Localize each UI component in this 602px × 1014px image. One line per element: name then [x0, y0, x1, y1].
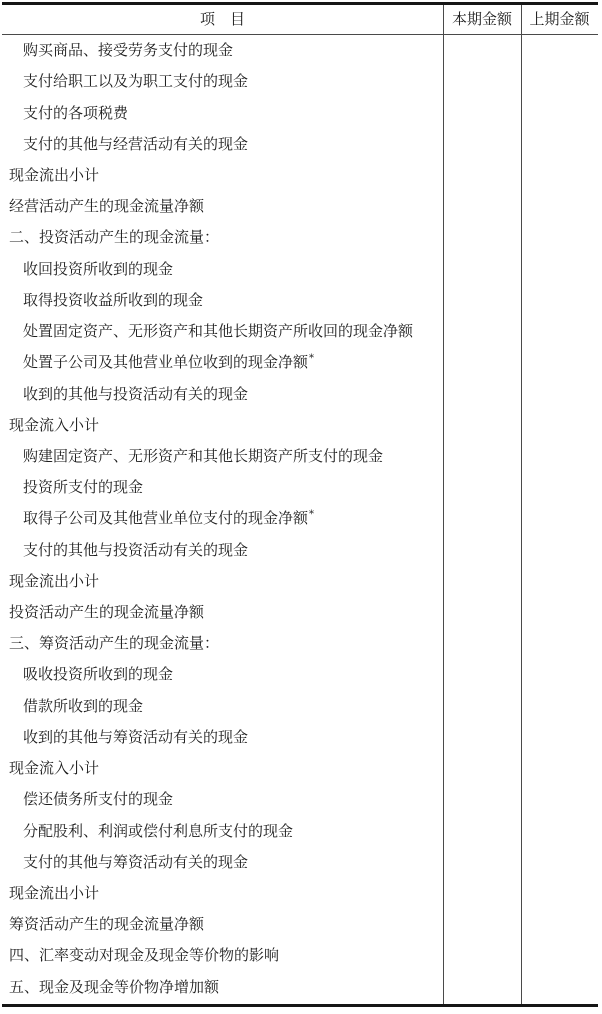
table-row: 购买商品、接受劳务支付的现金: [2, 35, 598, 66]
row-item-label: 支付的其他与投资活动有关的现金: [2, 543, 443, 558]
row-item-label: 取得投资收益所收到的现金: [2, 293, 443, 308]
row-item-label: 现金流出小计: [2, 168, 443, 183]
table-row: 借款所收到的现金: [2, 691, 598, 722]
table-row: 现金流出小计: [2, 160, 598, 191]
row-item-label: 支付的其他与筹资活动有关的现金: [2, 855, 443, 870]
table-row: 现金流出小计: [2, 878, 598, 909]
table-row: 二、投资活动产生的现金流量：: [2, 222, 598, 253]
column-header-item: 项 目: [2, 12, 443, 27]
row-item-label: 三、筹资活动产生的现金流量：: [2, 636, 443, 651]
table-header-row: 项 目 本期金额 上期金额: [2, 5, 598, 35]
row-item-label: 支付的各项税费: [2, 106, 443, 121]
table-row: 支付的各项税费: [2, 97, 598, 128]
table-row: 四、汇率变动对现金及现金等价物的影响: [2, 940, 598, 971]
table-row: 处置固定资产、无形资产和其他长期资产所收回的现金净额: [2, 316, 598, 347]
table-row: 五、现金及现金等价物净增加额: [2, 972, 598, 1003]
row-item-label: 购买商品、接受劳务支付的现金: [2, 43, 443, 58]
table-row: 投资活动产生的现金流量净额: [2, 597, 598, 628]
row-item-label: 取得子公司及其他营业单位支付的现金净额*: [2, 511, 443, 526]
footnote-asterisk: *: [309, 509, 314, 520]
table-row: 支付的其他与经营活动有关的现金: [2, 129, 598, 160]
table-row: 现金流出小计: [2, 566, 598, 597]
table-row: 现金流入小计: [2, 410, 598, 441]
row-item-label: 支付给职工以及为职工支付的现金: [2, 74, 443, 89]
row-item-label: 经营活动产生的现金流量净额: [2, 199, 443, 214]
table-row: 支付给职工以及为职工支付的现金: [2, 66, 598, 97]
table-row: 收到的其他与筹资活动有关的现金: [2, 722, 598, 753]
table-row: 现金流入小计: [2, 753, 598, 784]
row-item-label: 现金流入小计: [2, 761, 443, 776]
row-item-label: 投资所支付的现金: [2, 480, 443, 495]
row-item-label: 现金流出小计: [2, 886, 443, 901]
row-item-label: 购建固定资产、无形资产和其他长期资产所支付的现金: [2, 449, 443, 464]
row-item-label: 筹资活动产生的现金流量净额: [2, 917, 443, 932]
table-row: 三、筹资活动产生的现金流量：: [2, 628, 598, 659]
row-item-label: 四、汇率变动对现金及现金等价物的影响: [2, 948, 443, 963]
table-row: 筹资活动产生的现金流量净额: [2, 909, 598, 940]
row-item-label: 收到的其他与筹资活动有关的现金: [2, 730, 443, 745]
cash-flow-statement-table: 项 目 本期金额 上期金额 购买商品、接受劳务支付的现金支付给职工以及为职工支付…: [2, 2, 598, 1007]
column-header-current-period: 本期金额: [443, 12, 521, 27]
column-divider-prior: [521, 5, 522, 1004]
table-row: 收回投资所收到的现金: [2, 254, 598, 285]
table-row: 经营活动产生的现金流量净额: [2, 191, 598, 222]
table-row: 投资所支付的现金: [2, 472, 598, 503]
row-item-label: 借款所收到的现金: [2, 699, 443, 714]
row-item-label: 分配股利、利润或偿付利息所支付的现金: [2, 824, 443, 839]
table-row: 吸收投资所收到的现金: [2, 659, 598, 690]
table-row: 支付的其他与筹资活动有关的现金: [2, 847, 598, 878]
footnote-asterisk: *: [309, 353, 314, 364]
table-body: 购买商品、接受劳务支付的现金支付给职工以及为职工支付的现金支付的各项税费支付的其…: [2, 35, 598, 1003]
row-item-label: 现金流入小计: [2, 418, 443, 433]
row-item-label: 收到的其他与投资活动有关的现金: [2, 387, 443, 402]
table-row: 取得投资收益所收到的现金: [2, 285, 598, 316]
row-item-label: 偿还债务所支付的现金: [2, 792, 443, 807]
table-row: 支付的其他与投资活动有关的现金: [2, 535, 598, 566]
row-item-label: 处置子公司及其他营业单位收到的现金净额*: [2, 355, 443, 370]
row-item-label: 五、现金及现金等价物净增加额: [2, 980, 443, 995]
row-item-label: 收回投资所收到的现金: [2, 262, 443, 277]
table-row: 偿还债务所支付的现金: [2, 784, 598, 815]
row-item-label: 二、投资活动产生的现金流量：: [2, 230, 443, 245]
table-row: 购建固定资产、无形资产和其他长期资产所支付的现金: [2, 441, 598, 472]
row-item-label: 吸收投资所收到的现金: [2, 667, 443, 682]
table-row: 处置子公司及其他营业单位收到的现金净额*: [2, 347, 598, 378]
table-row: 取得子公司及其他营业单位支付的现金净额*: [2, 503, 598, 534]
row-item-label: 现金流出小计: [2, 574, 443, 589]
column-header-prior-period: 上期金额: [521, 12, 598, 27]
column-divider-current: [443, 5, 444, 1004]
row-item-label: 支付的其他与经营活动有关的现金: [2, 137, 443, 152]
row-item-label: 处置固定资产、无形资产和其他长期资产所收回的现金净额: [2, 324, 443, 339]
table-row: 收到的其他与投资活动有关的现金: [2, 378, 598, 409]
row-item-label: 投资活动产生的现金流量净额: [2, 605, 443, 620]
table-row: 分配股利、利润或偿付利息所支付的现金: [2, 815, 598, 846]
